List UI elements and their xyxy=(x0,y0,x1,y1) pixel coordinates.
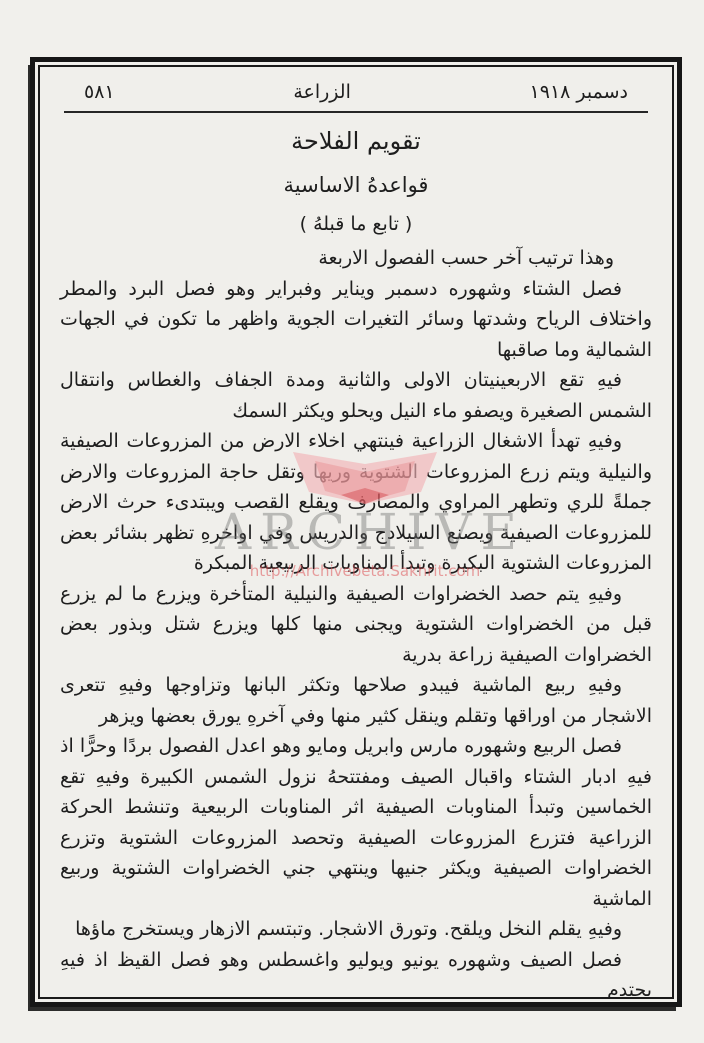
paragraph-winter-months: فصل الشتاء وشهوره دسمبر ويناير وفبراير و… xyxy=(60,274,652,366)
paragraph-winter-events: فيهِ تقع الاربعينيتان الاولى والثانية وم… xyxy=(60,365,652,426)
paragraph-spring-season: فصل الربيع وشهوره مارس وابريل ومايو وهو … xyxy=(60,731,652,914)
article-subtitle: قواعدهُ الاساسية xyxy=(60,173,652,197)
article-body: وهذا ترتيب آخر حسب الفصول الاربعة فصل ال… xyxy=(60,243,652,999)
article-title: تقويم الفلاحة xyxy=(60,127,652,155)
header-section-title: الزراعة xyxy=(293,81,351,103)
paragraph-intro: وهذا ترتيب آخر حسب الفصول الاربعة xyxy=(60,243,652,274)
continuation-note: ( تابع ما قبلهُ ) xyxy=(60,213,652,235)
paragraph-winter-farm-work: وفيهِ تهدأ الاشغال الزراعية فينتهي اخلاء… xyxy=(60,426,652,579)
scanned-page-background: { "page": { "header": { "date": "دسمبر ١… xyxy=(0,0,704,1043)
page-content-area: دسمبر ١٩١٨ الزراعة ٥٨١ تقويم الفلاحة قوا… xyxy=(38,65,674,999)
paragraph-livestock-spring: وفيهِ ربيع الماشية فيبدو صلاحها وتكثر ال… xyxy=(60,670,652,731)
header-divider xyxy=(64,111,648,113)
header-page-number: ٥٨١ xyxy=(84,81,115,103)
paragraph-summer-season: فصل الصيف وشهوره يونيو ويوليو واغسطس وهو… xyxy=(60,945,652,1000)
header-date: دسمبر ١٩١٨ xyxy=(530,81,628,103)
paragraph-palms-flowers: وفيهِ يقلم النخل ويلقح. وتورق الاشجار. و… xyxy=(60,914,652,945)
page-border-frame: دسمبر ١٩١٨ الزراعة ٥٨١ تقويم الفلاحة قوا… xyxy=(30,57,682,1007)
page-header: دسمبر ١٩١٨ الزراعة ٥٨١ xyxy=(60,79,652,103)
paragraph-winter-vegetables: وفيهِ يتم حصد الخضراوات الصيفية والنيلية… xyxy=(60,579,652,671)
title-block: تقويم الفلاحة قواعدهُ الاساسية ( تابع ما… xyxy=(60,127,652,235)
